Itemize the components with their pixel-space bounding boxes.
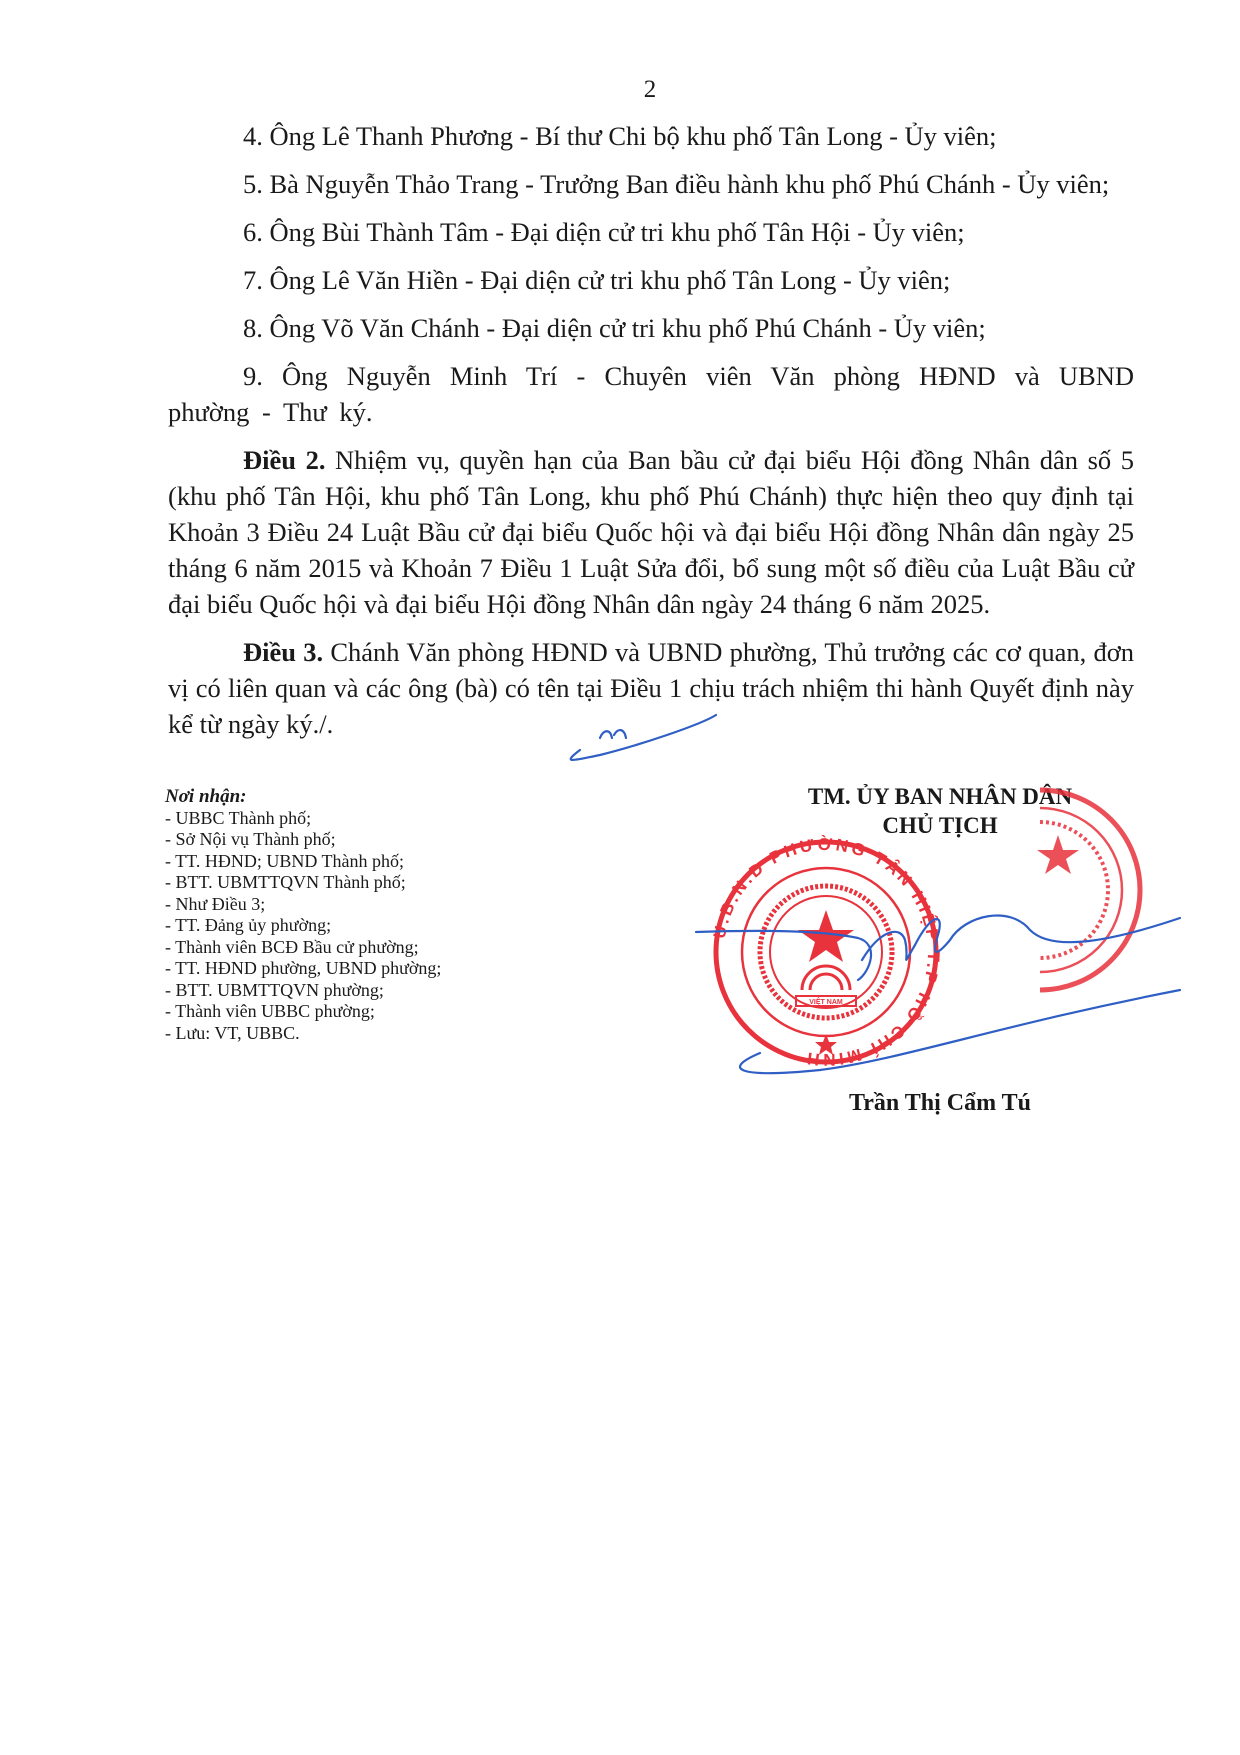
partial-stamp: [1037, 790, 1140, 990]
stamp-and-signature: VIỆT NAM U.B.N.D PHƯỜNG TÂN HIỆP T.P HỒ …: [0, 0, 1240, 1755]
svg-text:VIỆT NAM: VIỆT NAM: [809, 997, 843, 1006]
official-stamp: VIỆT NAM U.B.N.D PHƯỜNG TÂN HIỆP T.P HỒ …: [710, 835, 943, 1069]
svg-text:U.B.N.D PHƯỜNG TÂN HIỆP T.P HỒ: U.B.N.D PHƯỜNG TÂN HIỆP T.P HỒ CHÍ MINH: [710, 835, 943, 1069]
signer-name: Trần Thị Cẩm Tú: [760, 1090, 1120, 1117]
document-page: 2 4. Ông Lê Thanh Phương - Bí thư Chi bộ…: [0, 0, 1240, 1755]
